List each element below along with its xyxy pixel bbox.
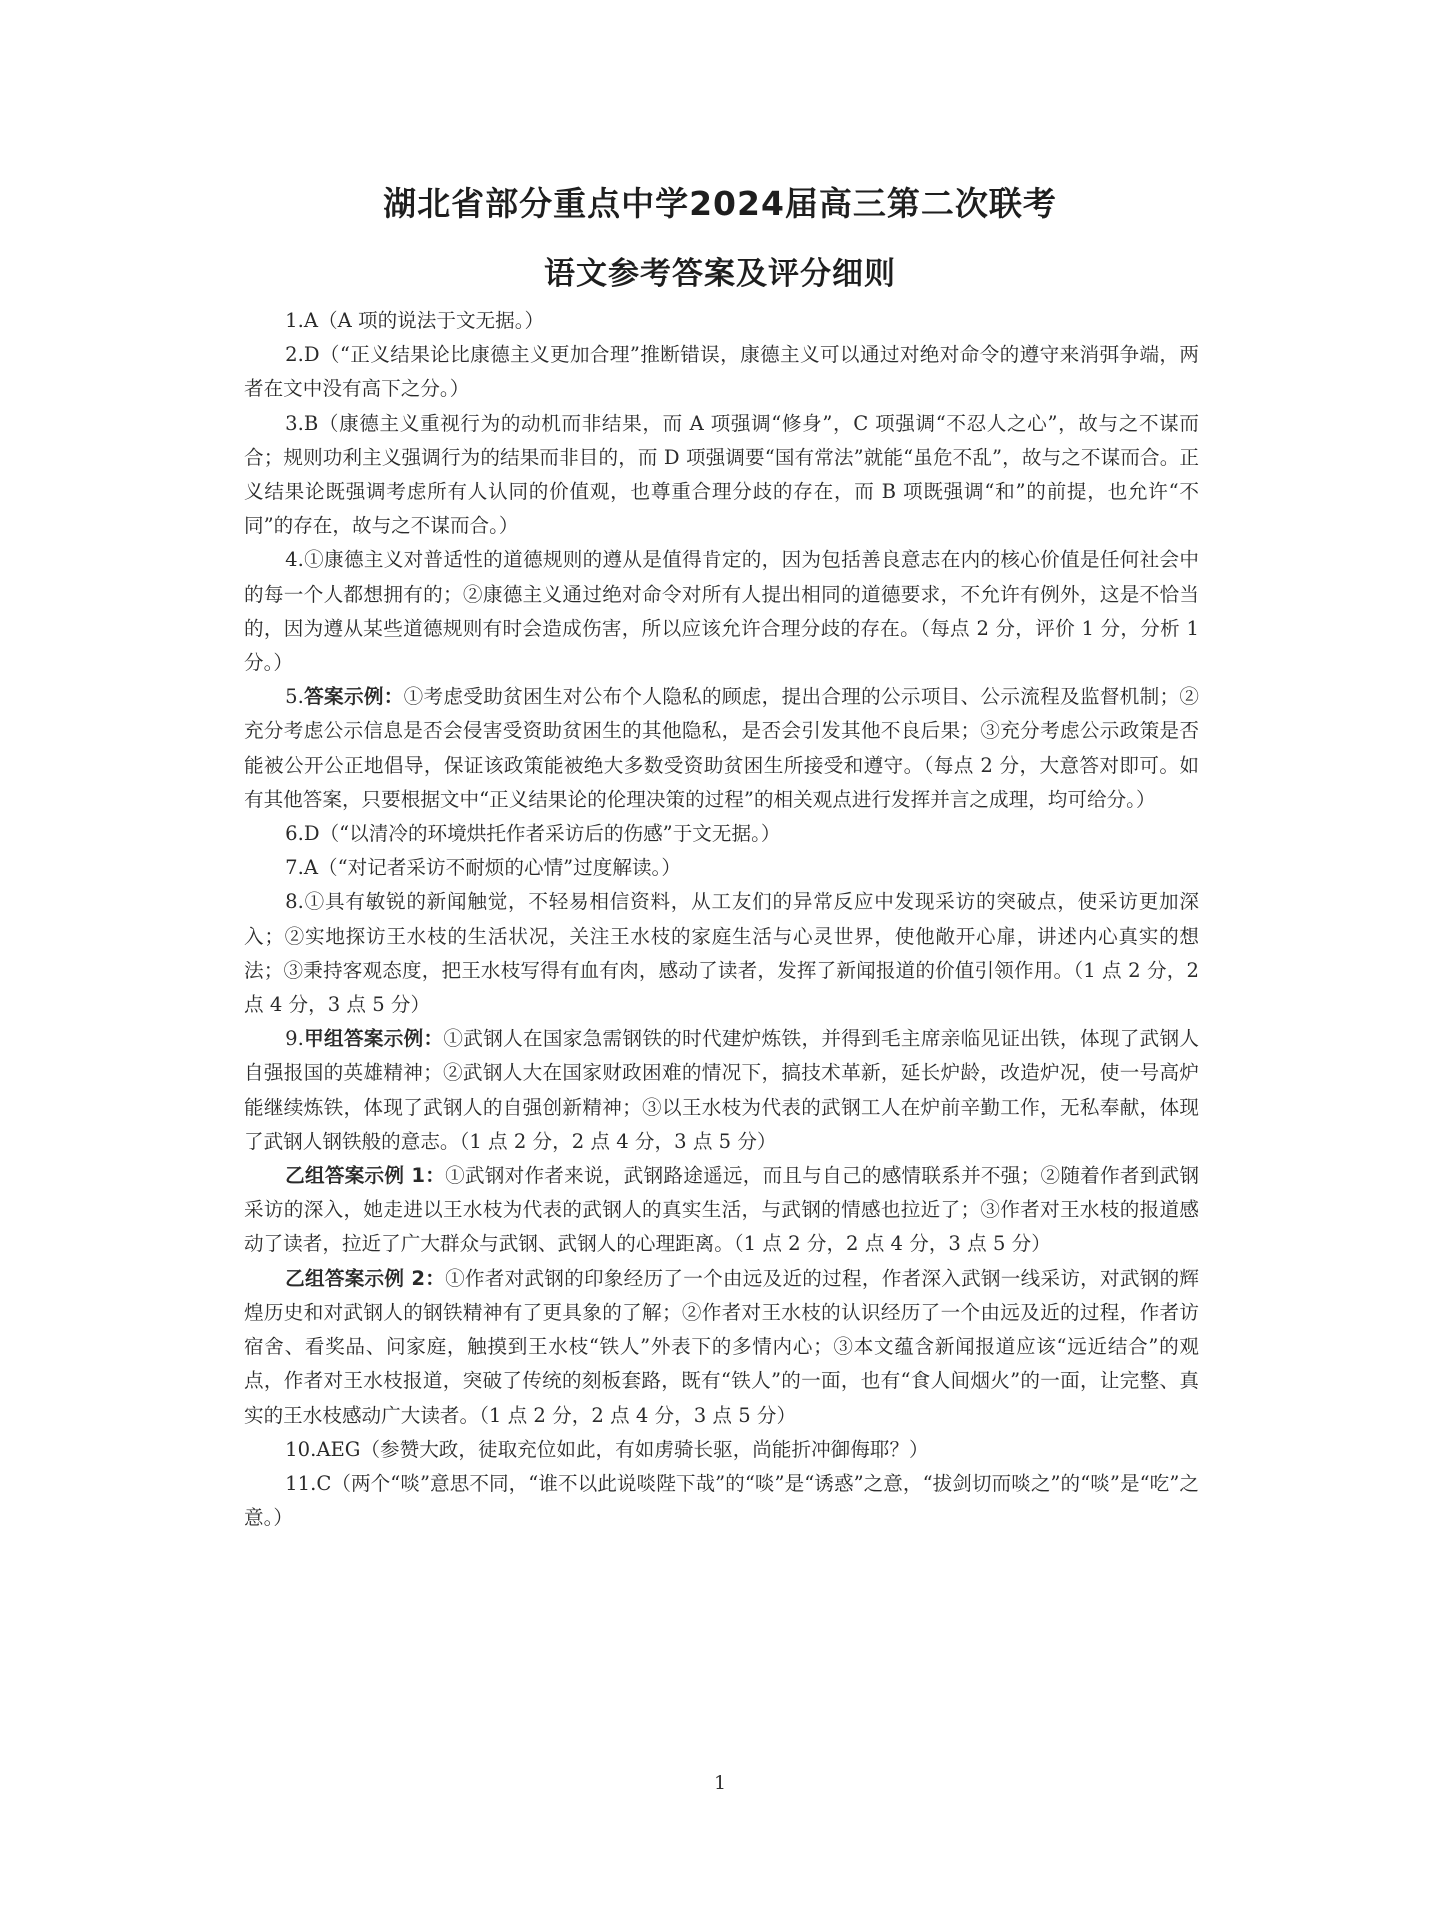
answer-text: （A 项的说法于文无据。） [318,309,544,332]
answer-prefix: 5. [285,685,304,708]
page-number: 1 [0,1772,1440,1794]
answer-item-2: 2.D（“正义结果论比康德主义更加合理”推断错误，康德主义可以通过对绝对命令的遵… [244,338,1199,406]
answer-item-9: 9.甲组答案示例：①武钢人在国家急需钢铁的时代建炉炼铁，并得到毛主席亲临见证出铁… [244,1022,1199,1159]
document-page: 湖北省部分重点中学2024届高三第二次联考 语文参考答案及评分细则 1.A（A … [0,0,1440,1919]
answer-item-9-yi-1: 乙组答案示例 1：①武钢对作者来说，武钢路途遥远，而且与自己的感情联系并不强；②… [244,1159,1199,1262]
answer-prefix: 3.B [285,412,318,435]
answer-list: 1.A（A 项的说法于文无据。） 2.D（“正义结果论比康德主义更加合理”推断错… [244,304,1199,1535]
document-title: 湖北省部分重点中学2024届高三第二次联考 [0,178,1440,225]
answer-text: ①康德主义对普适性的道德规则的遵从是值得肯定的，因为包括善良意志在内的核心价值是… [244,548,1199,674]
answer-item-1: 1.A（A 项的说法于文无据。） [244,304,1199,338]
answer-prefix: 7.A [285,856,318,879]
document-subtitle: 语文参考答案及评分细则 [0,248,1440,293]
answer-item-3: 3.B（康德主义重视行为的动机而非结果，而 A 项强调“修身”，C 项强调“不忍… [244,407,1199,544]
answer-item-8: 8.①具有敏锐的新闻触觉，不轻易相信资料，从工友们的异常反应中发现采访的突破点，… [244,885,1199,1022]
answer-text: （“正义结果论比康德主义更加合理”推断错误，康德主义可以通过对绝对命令的遵守来消… [244,343,1199,400]
answer-item-5: 5.答案示例：①考虑受助贫困生对公布个人隐私的顾虑，提出合理的公示项目、公示流程… [244,680,1199,817]
answer-prefix: 10.AEG [285,1438,360,1461]
answer-text: （参赞大政，徒取充位如此，有如虏骑长驱，尚能折冲御侮耶？） [360,1438,928,1461]
answer-item-10: 10.AEG（参赞大政，徒取充位如此，有如虏骑长驱，尚能折冲御侮耶？） [244,1433,1199,1467]
answer-prefix: 6.D [285,822,319,845]
answer-text: ①作者对武钢的印象经历了一个由远及近的过程，作者深入武钢一线采访，对武钢的辉煌历… [244,1267,1199,1427]
answer-prefix: 9. [285,1027,304,1050]
answer-prefix: 11.C [285,1472,331,1495]
answer-item-6: 6.D（“以清冷的环境烘托作者采访后的伤感”于文无据。） [244,817,1199,851]
answer-text: （两个“啖”意思不同，“谁不以此说啖陛下哉”的“啖”是“诱惑”之意，“拔剑切而啖… [244,1472,1199,1529]
answer-bold-label: 答案示例： [304,685,404,708]
answer-item-9-yi-2: 乙组答案示例 2：①作者对武钢的印象经历了一个由远及近的过程，作者深入武钢一线采… [244,1262,1199,1433]
answer-text: ①具有敏锐的新闻触觉，不轻易相信资料，从工友们的异常反应中发现采访的突破点，使采… [244,890,1199,1016]
answer-item-4: 4.①康德主义对普适性的道德规则的遵从是值得肯定的，因为包括善良意志在内的核心价… [244,543,1199,680]
answer-text: （康德主义重视行为的动机而非结果，而 A 项强调“修身”，C 项强调“不忍人之心… [244,412,1199,538]
answer-prefix: 4. [285,548,304,571]
answer-prefix: 8. [285,890,304,913]
answer-text: （“以清冷的环境烘托作者采访后的伤感”于文无据。） [320,822,781,845]
answer-item-7: 7.A（“对记者采访不耐烦的心情”过度解读。） [244,851,1199,885]
answer-item-11: 11.C（两个“啖”意思不同，“谁不以此说啖陛下哉”的“啖”是“诱惑”之意，“拔… [244,1467,1199,1535]
answer-bold-label: 乙组答案示例 1： [285,1164,445,1187]
answer-text: （“对记者采访不耐烦的心情”过度解读。） [318,856,681,879]
answer-prefix: 2.D [285,343,319,366]
answer-prefix: 1.A [285,309,318,332]
answer-bold-label: 甲组答案示例： [304,1027,444,1050]
answer-bold-label: 乙组答案示例 2： [285,1267,445,1290]
